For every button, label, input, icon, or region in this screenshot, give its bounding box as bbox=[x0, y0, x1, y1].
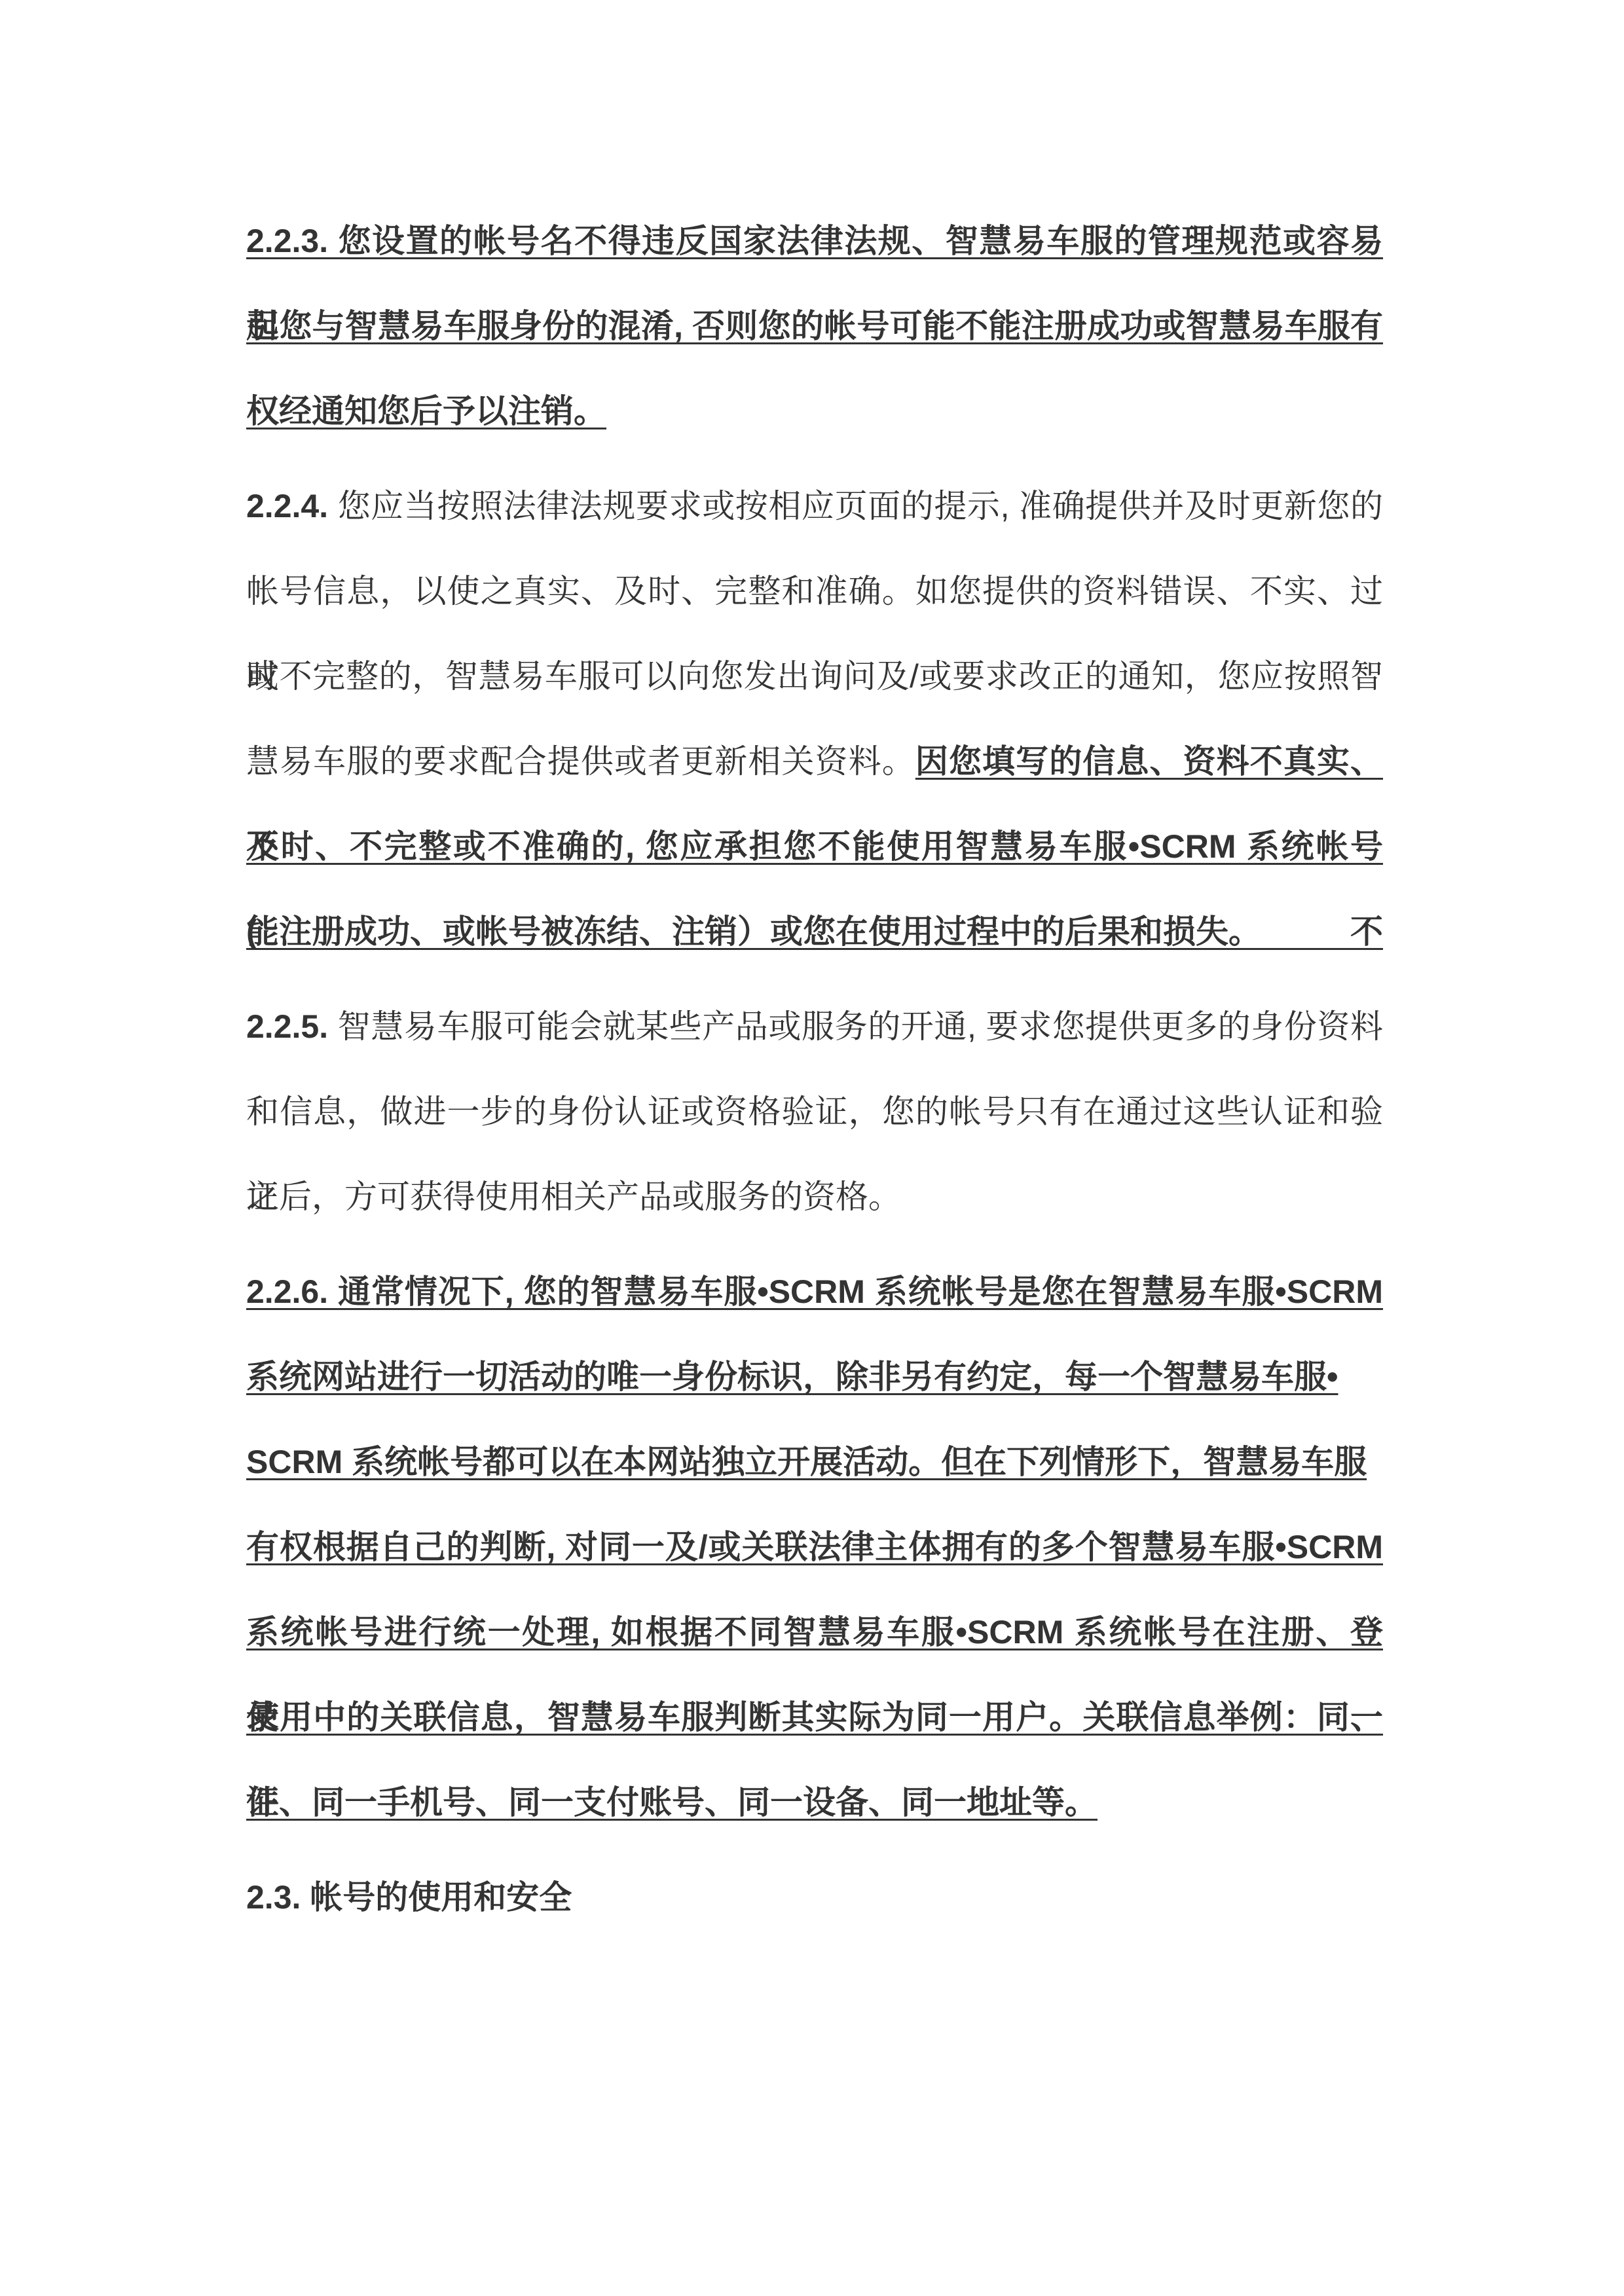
paragraph-2-2-5: 2.2.5. 智慧易车服可能会就某些产品或服务的开通, 要求您提供更多的身份资料… bbox=[246, 984, 1383, 1239]
emphasized-text: 2.2.6. 通常情况下, 您的智慧易车服•SCRM 系统帐号是您在智慧易车服•… bbox=[246, 1273, 1383, 1310]
text-line: 使用中的关联信息，智慧易车服判断其实际为同一用户。关联信息举例：同一证 bbox=[246, 1675, 1383, 1760]
text-line: 慧易车服的要求配合提供或者更新相关资料。因您填写的信息、资料不真实、不 bbox=[246, 719, 1383, 804]
text-line: 和信息，做进一步的身份认证或资格验证，您的帐号只有在通过这些认证和验证 bbox=[246, 1069, 1383, 1154]
emphasized-text: 件、同一手机号、同一支付账号、同一设备、同一地址等。 bbox=[246, 1784, 1098, 1821]
section-heading-2-3: 2.3. 帐号的使用和安全 bbox=[246, 1855, 1383, 1940]
text-line: 及时、不完整或不准确的, 您应承担您不能使用智慧易车服•SCRM 系统帐号 (不 bbox=[246, 804, 1383, 889]
emphasized-text: 有权根据自己的判断, 对同一及/或关联法律主体拥有的多个智慧易车服•SCRM bbox=[246, 1529, 1383, 1565]
paragraph-2-2-3: 2.2.3. 您设置的帐号名不得违反国家法律法规、智慧易车服的管理规范或容易引 … bbox=[246, 198, 1383, 454]
text-line: 起您与智慧易车服身份的混淆, 否则您的帐号可能不能注册成功或智慧易车服有 bbox=[246, 283, 1383, 369]
emphasized-text: 能注册成功、或帐号被冻结、注销）或您在使用过程中的后果和损失。 bbox=[246, 913, 1261, 950]
text-line: 2.2.4. 您应当按照法律法规要求或按相应页面的提示, 准确提供并及时更新您的 bbox=[246, 464, 1383, 549]
text-line: 2.2.6. 通常情况下, 您的智慧易车服•SCRM 系统帐号是您在智慧易车服•… bbox=[246, 1249, 1383, 1334]
emphasized-text: SCRM 系统帐号都可以在本网站独立开展活动。但在下列情形下，智慧易车服 bbox=[246, 1444, 1367, 1480]
body-text: 您应当按照法律法规要求或按相应页面的提示, 准确提供并及时更新您的 bbox=[338, 488, 1383, 524]
text-line: 有权根据自己的判断, 对同一及/或关联法律主体拥有的多个智慧易车服•SCRM bbox=[246, 1504, 1383, 1590]
body-text: 智慧易车服可能会就某些产品或服务的开通, 要求您提供更多的身份资料 bbox=[338, 1008, 1383, 1045]
paragraph-2-2-6: 2.2.6. 通常情况下, 您的智慧易车服•SCRM 系统帐号是您在智慧易车服•… bbox=[246, 1249, 1383, 1845]
text-line: 之后，方可获得使用相关产品或服务的资格。 bbox=[246, 1154, 1383, 1239]
text-line: SCRM 系统帐号都可以在本网站独立开展活动。但在下列情形下，智慧易车服 bbox=[246, 1419, 1383, 1504]
emphasized-text: 起您与智慧易车服身份的混淆, 否则您的帐号可能不能注册成功或智慧易车服有 bbox=[246, 308, 1383, 344]
text-line: 能注册成功、或帐号被冻结、注销）或您在使用过程中的后果和损失。 bbox=[246, 889, 1383, 974]
emphasized-text: 权经通知您后予以注销。 bbox=[246, 393, 606, 429]
text-line: 2.2.5. 智慧易车服可能会就某些产品或服务的开通, 要求您提供更多的身份资料 bbox=[246, 984, 1383, 1069]
text-line: 2.2.3. 您设置的帐号名不得违反国家法律法规、智慧易车服的管理规范或容易引 bbox=[246, 198, 1383, 283]
body-text: 或不完整的，智慧易车服可以向您发出询问及/或要求改正的通知，您应按照智 bbox=[246, 658, 1383, 695]
text-line: 或不完整的，智慧易车服可以向您发出询问及/或要求改正的通知，您应按照智 bbox=[246, 634, 1383, 719]
text-line: 件、同一手机号、同一支付账号、同一设备、同一地址等。 bbox=[246, 1760, 1383, 1845]
text-line: 帐号信息，以使之真实、及时、完整和准确。如您提供的资料错误、不实、过时 bbox=[246, 549, 1383, 634]
emphasized-text: 系统网站进行一切活动的唯一身份标识，除非另有约定，每一个智慧易车服• bbox=[246, 1358, 1338, 1395]
clause-number: 2.2.4. bbox=[246, 488, 338, 524]
text-line: 系统网站进行一切活动的唯一身份标识，除非另有约定，每一个智慧易车服• bbox=[246, 1334, 1383, 1419]
clause-number: 2.2.5. bbox=[246, 1008, 338, 1045]
body-text: 之后，方可获得使用相关产品或服务的资格。 bbox=[246, 1178, 901, 1215]
paragraph-2-2-4: 2.2.4. 您应当按照法律法规要求或按相应页面的提示, 准确提供并及时更新您的… bbox=[246, 464, 1383, 974]
text-line: 系统帐号进行统一处理, 如根据不同智慧易车服•SCRM 系统帐号在注册、登录、 bbox=[246, 1590, 1383, 1675]
body-text: 慧易车服的要求配合提供或者更新相关资料。 bbox=[246, 743, 915, 780]
section-heading: 2.3. 帐号的使用和安全 bbox=[246, 1855, 1383, 1940]
text-line: 权经通知您后予以注销。 bbox=[246, 369, 1383, 454]
document-page: 2.2.3. 您设置的帐号名不得违反国家法律法规、智慧易车服的管理规范或容易引 … bbox=[246, 198, 1383, 1950]
